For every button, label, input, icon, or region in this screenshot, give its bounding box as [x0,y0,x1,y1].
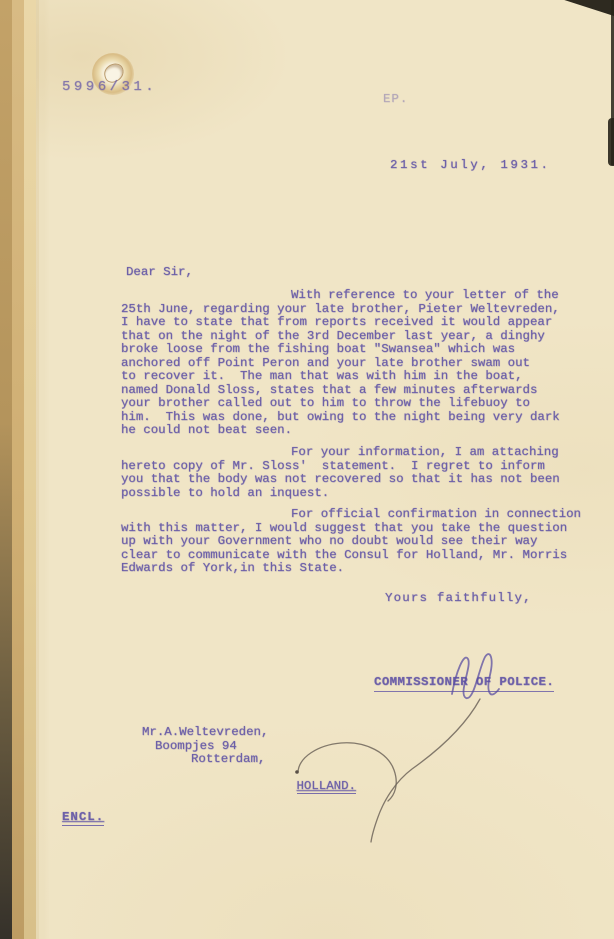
recipient-address: Mr.A.Weltevreden, Boompjes 94 Rotterdam,… [142,726,356,807]
reference-number: 5996/31. [62,81,157,95]
recipient-country: HOLLAND. [237,767,356,808]
salutation: Dear Sir, [126,266,193,280]
letter-sheet: 5996/31. EP. 21st July, 1931. Dear Sir, … [36,0,614,939]
paragraph-3: For official confirmation in connection … [121,508,581,576]
recipient-city: Rotterdam, [191,753,356,767]
enclosure-note: ENCL. [62,811,104,826]
paragraph-1: With reference to your letter of the 25t… [121,289,581,438]
letter-body: With reference to your letter of the 25t… [121,289,581,576]
right-edge-notch [608,118,614,166]
letter-date: 21st July, 1931. [390,159,551,173]
closing-valediction: Yours faithfully, [385,592,532,606]
typist-initials: EP. [383,93,408,107]
recipient-name: Mr.A.Weltevreden, [142,726,356,740]
scanned-letter-page: 5996/31. EP. 21st July, 1931. Dear Sir, … [0,0,614,939]
signature-title: COMMISSIONER OF POLICE. [374,676,554,692]
paragraph-2: For your information, I am attaching her… [121,446,581,500]
